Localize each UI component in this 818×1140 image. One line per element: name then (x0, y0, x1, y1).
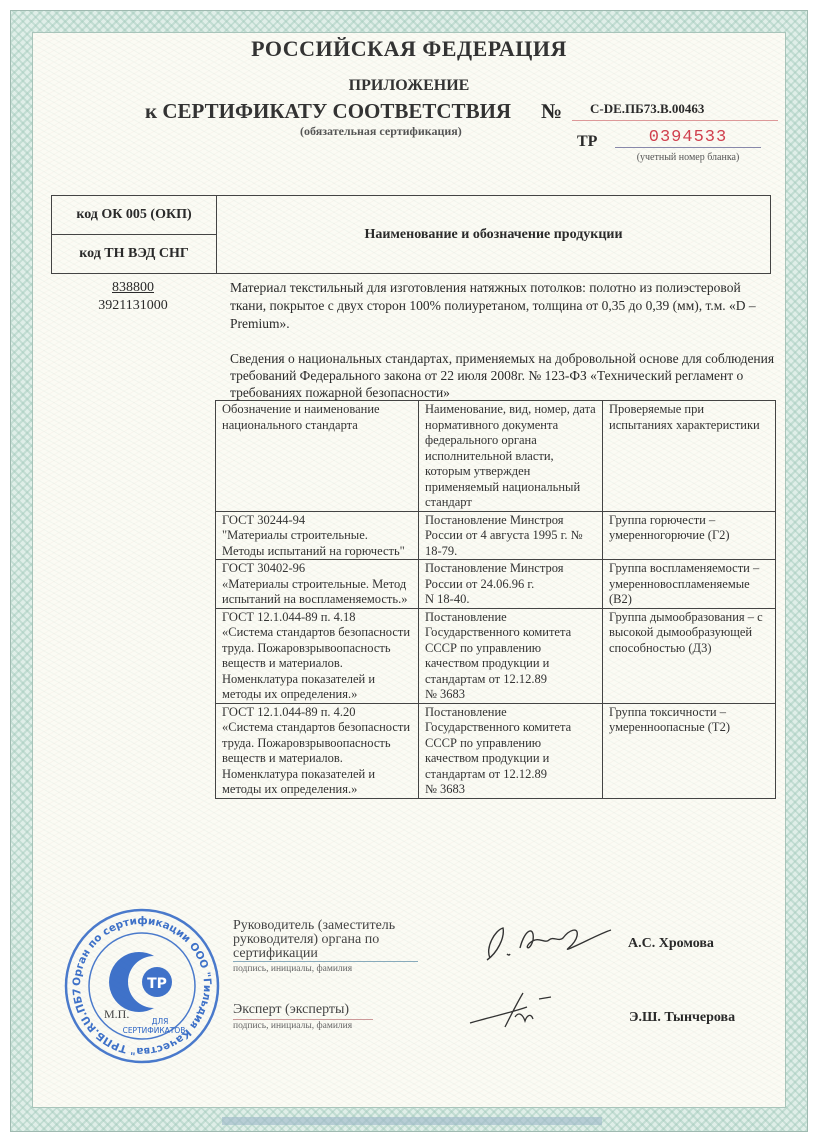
standards-intro: Сведения о национальных стандартах, прим… (230, 350, 775, 401)
certification-stamp: Орган по сертификации ООО "Гильдия Качес… (62, 906, 222, 1066)
standards-table: Обозначение и наименование национального… (215, 400, 776, 799)
svg-text:ДЛЯ: ДЛЯ (152, 1017, 169, 1026)
table-row: ГОСТ 30402-96 «Материалы строительные. М… (216, 560, 776, 609)
certification-type: (обязательная сертификация) (300, 124, 462, 139)
expert-role-label: Эксперт (эксперты) (233, 1003, 349, 1017)
certificate-title: к СЕРТИФИКАТУ СООТВЕТСТВИЯ (145, 99, 511, 124)
code-tnved: 3921131000 (51, 297, 215, 315)
tp-label: ТР (577, 133, 597, 151)
code-labels: код ОК 005 (ОКП) код ТН ВЭД СНГ (52, 196, 217, 273)
standards-table-header: Обозначение и наименование национального… (216, 401, 776, 512)
expert-signature-line (233, 1019, 373, 1020)
standard-cell: ГОСТ 30244-94 "Материалы строительные. М… (216, 511, 419, 560)
code-okp: 838800 (51, 279, 215, 297)
appendix-title: ПРИЛОЖЕНИЕ (0, 77, 818, 95)
column-header: Наименование, вид, номер, дата нормативн… (419, 401, 603, 512)
column-header: Проверяемые при испытаниях характеристик… (603, 401, 776, 512)
head-signature-caption: подпись, инициалы, фамилия (233, 964, 352, 974)
head-name: А.С. Хромова (628, 936, 714, 952)
product-description: Материал текстильный для изготовления на… (230, 279, 775, 333)
standard-cell: ГОСТ 12.1.044-89 п. 4.18 «Система станда… (216, 608, 419, 703)
characteristic-cell: Группа воспламеняемости – умеренновоспла… (603, 560, 776, 609)
characteristic-cell: Группа горючести – умеренногорючие (Г2) (603, 511, 776, 560)
document-cell: Постановление Государственного комитета … (419, 703, 603, 798)
head-role-label: Руководитель (заместитель руководителя) … (233, 919, 418, 961)
product-name-label: Наименование и обозначение продукции (217, 196, 770, 273)
svg-text:СЕРТИФИКАТОВ: СЕРТИФИКАТОВ (123, 1026, 186, 1035)
product-header-table: код ОК 005 (ОКП) код ТН ВЭД СНГ Наименов… (51, 195, 771, 274)
certificate-number: C-DE.ПБ73.В.00463 (572, 101, 778, 121)
expert-signature-caption: подпись, инициалы, фамилия (233, 1021, 352, 1031)
document-cell: Постановление Государственного комитета … (419, 608, 603, 703)
document-cell: Постановление Минстроя России от 24.06.9… (419, 560, 603, 609)
head-signature-icon (475, 918, 615, 968)
characteristic-cell: Группа токсичности – умеренноопасные (Т2… (603, 703, 776, 798)
svg-text:ТР: ТР (147, 976, 167, 992)
footer-microtext-band (222, 1117, 602, 1125)
expert-name: Э.Ш. Тынчерова (629, 1010, 735, 1026)
svg-text:М.П.: М.П. (104, 1007, 129, 1021)
characteristic-cell: Группа дымообразования – с высокой дымоо… (603, 608, 776, 703)
table-row: ГОСТ 30244-94 "Материалы строительные. М… (216, 511, 776, 560)
code-tnved-label: код ТН ВЭД СНГ (52, 235, 216, 273)
standard-cell: ГОСТ 30402-96 «Материалы строительные. М… (216, 560, 419, 609)
column-header: Обозначение и наименование национального… (216, 401, 419, 512)
number-sign: № (541, 99, 562, 124)
table-row: ГОСТ 12.1.044-89 п. 4.18 «Система станда… (216, 608, 776, 703)
head-signature-line (233, 961, 418, 962)
blank-number-caption: (учетный номер бланка) (615, 152, 761, 163)
code-okp-label: код ОК 005 (ОКП) (52, 196, 216, 235)
standard-cell: ГОСТ 12.1.044-89 п. 4.20 «Система станда… (216, 703, 419, 798)
blank-number: 0394533 (615, 128, 761, 148)
table-row: ГОСТ 12.1.044-89 п. 4.20 «Система станда… (216, 703, 776, 798)
country-title: РОССИЙСКАЯ ФЕДЕРАЦИЯ (0, 36, 818, 62)
product-codes: 838800 3921131000 (51, 279, 215, 315)
document-cell: Постановление Минстроя России от 4 авгус… (419, 511, 603, 560)
expert-signature-icon (465, 985, 565, 1035)
